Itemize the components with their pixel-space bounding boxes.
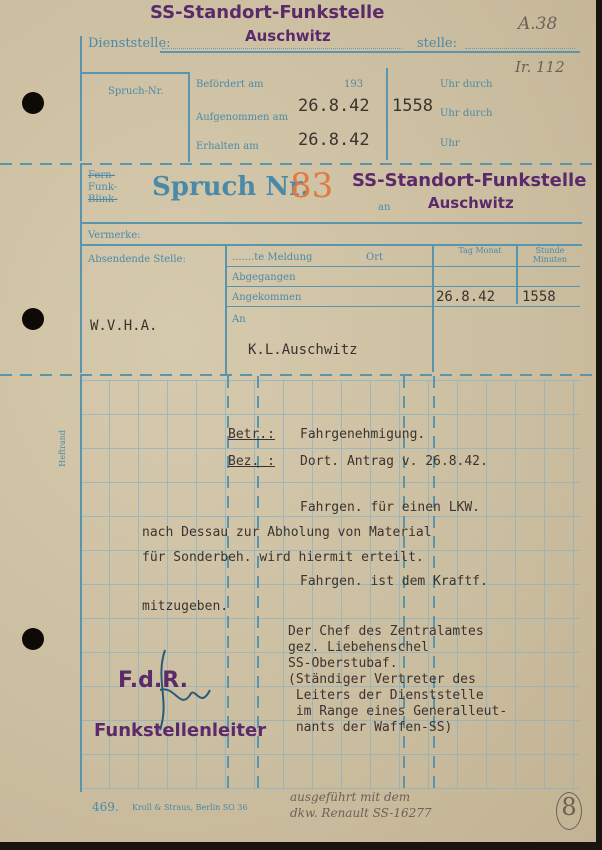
angekommen-date: 26.8.42 — [436, 289, 495, 305]
subject: Fahrgenehmigung. — [300, 427, 425, 442]
angekommen-time: 1558 — [522, 289, 556, 305]
aufgenommen-time: 1558 — [392, 96, 433, 116]
archive-note-1: A.38 — [518, 14, 557, 34]
signature — [140, 640, 220, 740]
spruch-nr-label: Spruch-Nr. — [108, 86, 164, 97]
form-number: 469. — [92, 800, 119, 814]
page-number: 8 — [556, 792, 582, 830]
aufgenommen-label: Aufgenommen am — [196, 112, 288, 123]
reference: Dort. Antrag v. 26.8.42. — [300, 454, 488, 469]
erhalten-label: Erhalten am — [196, 141, 259, 152]
radio-message-form: SS-Standort-Funkstelle Auschwitz Diensts… — [0, 0, 596, 842]
punch-hole — [22, 92, 44, 114]
header-stamp-line2: Auschwitz — [245, 27, 331, 45]
erhalten-date: 26.8.42 — [298, 130, 370, 150]
absender-label: Absendende Stelle: — [88, 254, 186, 265]
vermerke-label: Vermerke: — [88, 230, 141, 241]
recipient-value: K.L.Auschwitz — [248, 342, 358, 358]
aufgenommen-date: 26.8.42 — [298, 96, 370, 116]
message-number: 83 — [290, 166, 333, 206]
befoerdert-label: Befördert am — [196, 79, 264, 90]
printer-imprint: Kroll & Straus, Berlin SO 36 — [132, 803, 248, 812]
archive-note-2: Ir. 112 — [515, 58, 565, 76]
dienststelle-label: Dienststelle: — [88, 36, 171, 51]
punch-hole — [22, 308, 44, 330]
form-title: Spruch Nr. — [152, 172, 309, 202]
header-stamp-line1: SS-Standort-Funkstelle — [150, 2, 384, 23]
punch-hole — [22, 628, 44, 650]
stelle-label: stelle: — [417, 36, 457, 51]
absender-value: W.V.H.A. — [90, 318, 157, 334]
margin-label: Heftrand — [58, 430, 67, 467]
